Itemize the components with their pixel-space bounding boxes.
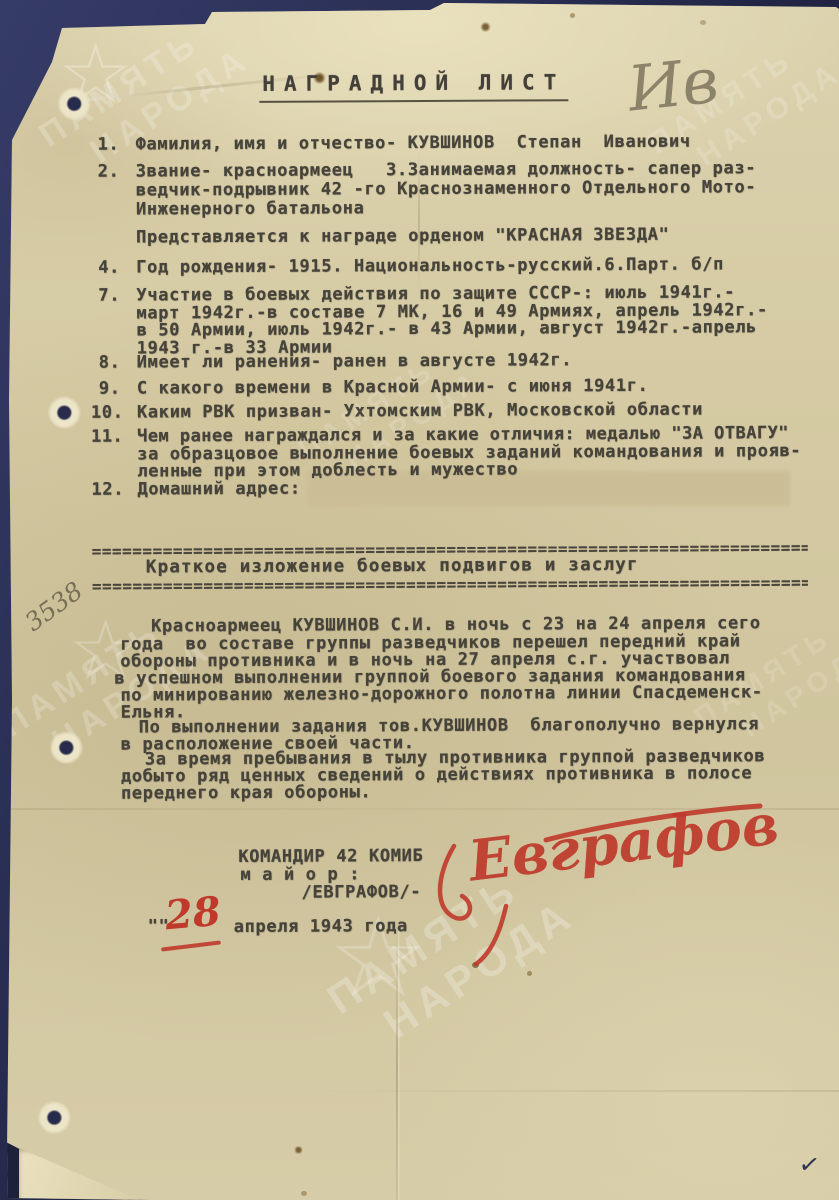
check-mark: ✓ [797, 1149, 822, 1181]
section-heading: Краткое изложение боевых подвигов и засл… [146, 555, 639, 578]
typed-content: НАГРАДНОЙ ЛИСТ 1.Фамилия, имя и отчество… [0, 0, 839, 1200]
section-divider-bottom: ========================================… [92, 575, 808, 595]
body-p3-line3: переднего края обороны. [121, 782, 371, 803]
item-7-line3: в 50 Армии, июль 1942г.- в 43 Армии, авг… [137, 317, 758, 340]
body-p1-line5: по минированию железно-дорожного полотна… [120, 682, 762, 705]
paper-sheet: ☆ ☆ ПАМЯТЬ НАРОДА ПАМЯТЬ НАРОДА ПАМЯТЬ Н… [0, 0, 839, 1200]
item-4-birth-year: 4.Год рождения- 1915. Национальность-рус… [136, 254, 724, 277]
handwritten-mark-top-right: Ив [624, 43, 721, 125]
signature-typed-name: /ЕВГРАФОВ/- [301, 882, 421, 903]
item-12-home-address: 12.Домашний адрес: [137, 479, 300, 500]
date-text: апреля 1943 года [234, 916, 408, 937]
handwritten-date-day: 28 [163, 888, 223, 940]
item-1-name: 1.Фамилия, имя и отчество- КУВШИНОВ Степ… [136, 132, 691, 155]
item-8-wounds: 8.Имеет ли ранения- ранен в августе 1942… [137, 350, 573, 372]
document-title: НАГРАДНОЙ ЛИСТ [259, 69, 568, 103]
item-10-drafted-by: 10.Каким РВК призван- Ухтомским РВК, Мос… [137, 400, 703, 423]
award-line: Представляется к награде орденом "КРАСНА… [136, 225, 669, 248]
item-9-army-service: 9.С какого времени в Красной Армии- с ию… [137, 376, 649, 399]
rust-stain [155, 10, 162, 16]
star-watermark-icon: ☆ [0, 0, 47, 68]
item-2-line2: ведчик-подрывник 42 -го Краснознаменного… [136, 177, 757, 200]
scanned-award-document: ☆ ☆ ПАМЯТЬ НАРОДА ПАМЯТЬ НАРОДА ПАМЯТЬ Н… [0, 0, 839, 1200]
item-2-line3: Инженерного батальона [136, 198, 365, 219]
